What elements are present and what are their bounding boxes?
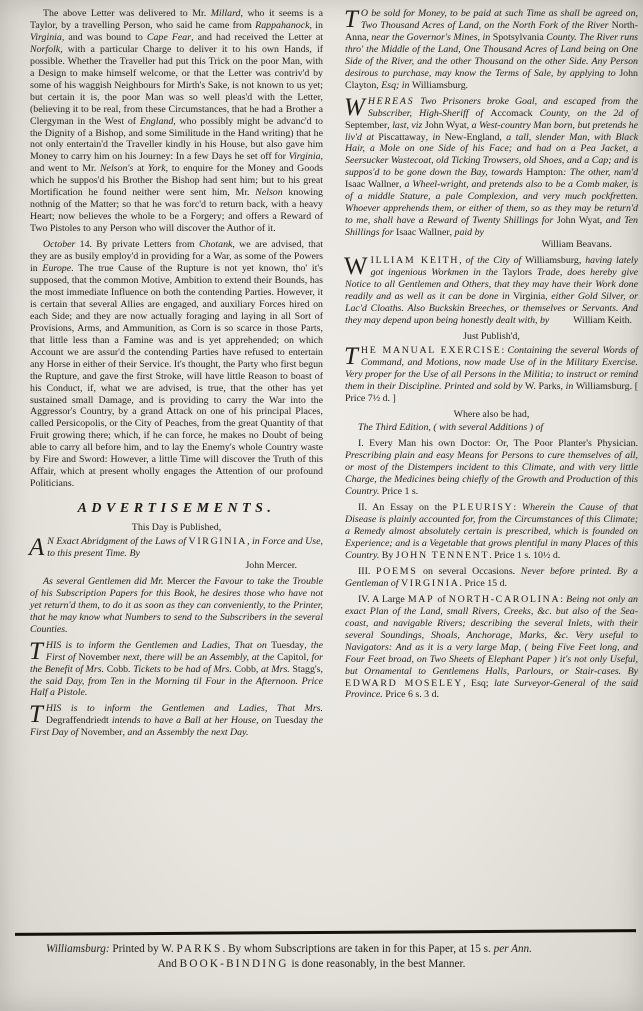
dropcap-letter: T: [29, 703, 46, 725]
chotank-news-paragraph: October 14. By private Letters from Chot…: [30, 239, 323, 490]
ad-text: HEREAS Two Prisoners broke Goal, and esc…: [345, 96, 638, 238]
right-column: TO be sold for Money, to be paid at such…: [345, 8, 638, 743]
beavans-signature: William Beavans.: [345, 239, 638, 251]
imprint-divider-rule: [15, 929, 636, 935]
manual-exercise-ad: THE MANUAL EXERCISE: Containing the seve…: [345, 345, 638, 405]
ad-text: O be sold for Money, to be paid at such …: [345, 8, 638, 91]
keith-signature: William Keith.: [573, 315, 638, 327]
letter-story-paragraph: The above Letter was delivered to Mr. Mi…: [30, 8, 323, 235]
mercer-signature: John Mercer.: [30, 560, 323, 572]
advertisements-heading: ADVERTISEMENTS.: [30, 503, 323, 515]
keith-tailor-ad: WILLIAM KEITH, of the City of Williamsbu…: [345, 255, 638, 327]
newspaper-page: The above Letter was delivered to Mr. Mi…: [0, 0, 643, 1011]
ad-text: N Exact Abridgment of the Laws of VIRGIN…: [47, 536, 323, 559]
dropcap-letter: T: [29, 640, 46, 662]
dropcap-letter: A: [29, 536, 47, 558]
mercer-note-paragraph: As several Gentlemen did Mr. Mercer the …: [30, 576, 323, 636]
ad-text: HE MANUAL EXERCISE: Containing the sever…: [345, 345, 638, 404]
ball-degraffendriedt-ad: THIS is to inform the Gentlemen and Ladi…: [30, 703, 323, 739]
assembly-cobb-ad: THIS is to inform the Gentlemen and Ladi…: [30, 640, 323, 700]
book-item-pleurisy-essay: II. An Essay on the PLEURISY: Wherein th…: [345, 502, 638, 562]
ad-text: HIS is to inform the Gentlemen and Ladie…: [30, 703, 323, 738]
dropcap-letter: T: [344, 8, 361, 30]
land-sale-ad: TO be sold for Money, to be paid at such…: [345, 8, 638, 92]
laws-abridgment-ad: AN Exact Abridgment of the Laws of VIRGI…: [30, 536, 323, 572]
third-edition-line: The Third Edition, ( with several Additi…: [345, 422, 638, 434]
dropcap-letter: W: [344, 255, 371, 277]
imprint-line-1: Williamsburg: Printed by W. PARKS. By wh…: [32, 942, 631, 957]
book-item-poems: III. POEMS on several Occasions. Never b…: [345, 566, 638, 590]
escaped-prisoners-ad: WHEREAS Two Prisoners broke Goal, and es…: [345, 96, 638, 251]
imprint-line-2: And BOOK-BINDING is done reasonably, in …: [32, 957, 631, 972]
dropcap-letter: T: [344, 345, 361, 367]
just-publishd-line: Just Publish'd,: [345, 331, 638, 343]
left-column: The above Letter was delivered to Mr. Mi…: [30, 8, 323, 743]
printer-imprint: Williamsburg: Printed by W. PARKS. By wh…: [32, 942, 631, 971]
text-columns: The above Letter was delivered to Mr. Mi…: [30, 8, 638, 743]
ad-text: HIS is to inform the Gentlemen and Ladie…: [30, 640, 323, 699]
book-item-north-carolina-map: IV. A Large MAP of NORTH-CAROLINA: Being…: [345, 594, 638, 702]
this-day-published-line: This Day is Published,: [30, 522, 323, 534]
where-also-be-had-line: Where also be had,: [345, 409, 638, 421]
dropcap-letter: W: [344, 96, 368, 118]
book-item-every-man-doctor: I. Every Man his own Doctor: Or, The Poo…: [345, 438, 638, 498]
